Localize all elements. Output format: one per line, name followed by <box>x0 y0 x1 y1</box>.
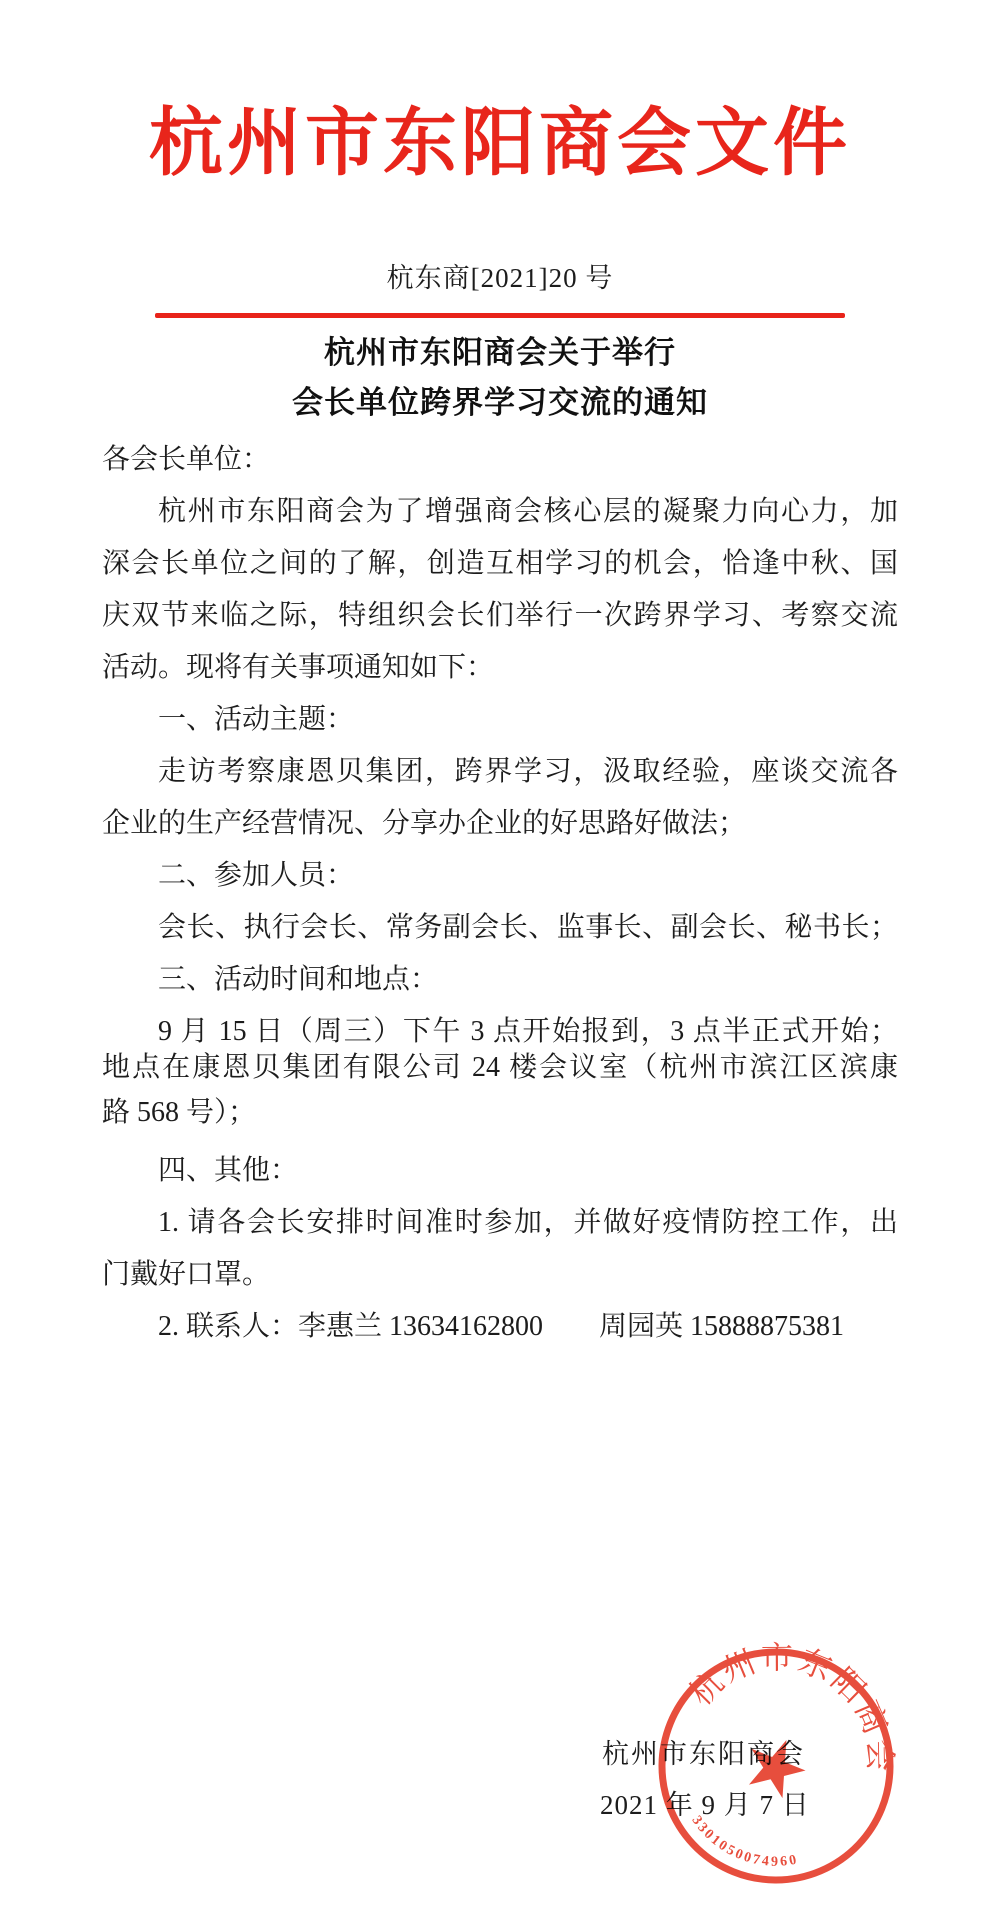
red-letterhead-title: 杭州市东阳商会文件 <box>0 104 1000 185</box>
body-line: 企业的生产经营情况、分享办企业的好思路好做法； <box>102 798 898 850</box>
document-number: 杭东商[2021]20 号 <box>0 256 1000 295</box>
doc-title-line1: 杭州市东阳商会关于举行 <box>0 335 1000 371</box>
body-line: 庆双节来临之际，特组织会长们举行一次跨界学习、考察交流 <box>102 590 898 642</box>
doc-title-line2: 会长单位跨界学习交流的通知 <box>0 385 1000 421</box>
red-divider-line <box>155 313 845 318</box>
document-page: 杭州市东阳商会文件 杭东商[2021]20 号 杭州市东阳商会关于举行 会长单位… <box>0 0 1000 1921</box>
section-heading: 二、参加人员： <box>102 850 898 902</box>
official-seal: 杭州市东阳商会 ★ 3301050074960 <box>648 1638 904 1894</box>
body-line: 1. 请各会长安排时间准时参加，并做好疫情防控工作，出 <box>102 1197 898 1249</box>
section-heading: 四、其他： <box>102 1145 898 1197</box>
body-line: 会长、执行会长、常务副会长、监事长、副会长、秘书长； <box>102 902 898 954</box>
body-line: 路 568 号）； <box>102 1087 898 1139</box>
body-line: 门戴好口罩。 <box>102 1249 898 1301</box>
section-heading: 一、活动主题： <box>102 694 898 746</box>
document-body: 各会长单位： 杭州市东阳商会为了增强商会核心层的凝聚力向心力，加 深会长单位之间… <box>102 434 898 1353</box>
section-heading: 三、活动时间和地点： <box>102 954 898 1006</box>
contact-line: 2. 联系人：李惠兰 13634162800 周园英 15888875381 <box>102 1301 898 1353</box>
body-line: 活动。现将有关事项通知如下： <box>102 642 898 694</box>
body-line: 深会长单位之间的了解，创造互相学习的机会，恰逢中秋、国 <box>102 538 898 590</box>
body-line: 走访考察康恩贝集团，跨界学习，汲取经验，座谈交流各 <box>102 746 898 798</box>
star-icon: ★ <box>728 1716 823 1819</box>
body-line: 杭州市东阳商会为了增强商会核心层的凝聚力向心力，加 <box>102 486 898 538</box>
salutation: 各会长单位： <box>102 434 898 486</box>
